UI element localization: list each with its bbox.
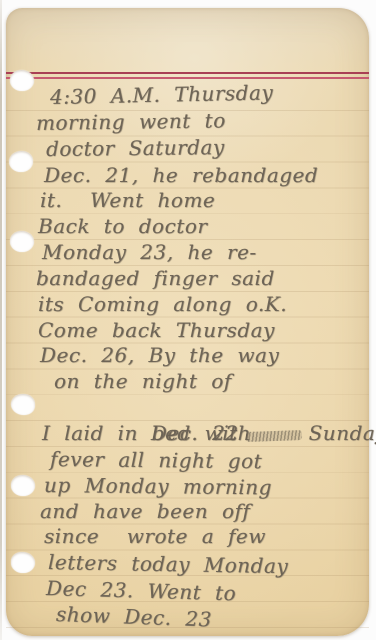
line-text: Monday 23, he re- xyxy=(42,240,257,264)
handwritten-line: fever all night got xyxy=(50,447,365,476)
handwritten-line: Dec. 22Sunday xyxy=(40,395,365,421)
handwritten-line: bandaged finger said xyxy=(36,266,365,292)
punch-hole xyxy=(9,151,33,172)
line-text: morning went to xyxy=(36,108,226,135)
punch-hole xyxy=(10,70,34,91)
handwritten-note: 4:30 A.M. Thursday morning went to docto… xyxy=(36,85,365,628)
handwritten-line: it. Went home xyxy=(40,188,365,214)
line-text: letters today Monday xyxy=(48,550,289,578)
handwritten-line: Dec. 26, By the way xyxy=(40,343,365,369)
handwritten-line: doctor Saturday xyxy=(46,133,365,162)
line-text: Come back Thursday xyxy=(38,318,275,342)
photo-background: 4:30 A.M. Thursday morning went to docto… xyxy=(0,0,376,640)
scan-edge xyxy=(0,0,2,640)
line-text: bandaged finger said xyxy=(36,266,275,290)
handwritten-line: 4:30 A.M. Thursday xyxy=(50,78,365,110)
line-text: Sunday xyxy=(309,421,376,445)
punch-hole xyxy=(11,475,35,496)
line-text: its Coming along o.K. xyxy=(38,292,287,316)
line-text: show Dec. 23 xyxy=(56,602,213,631)
line-text: Back to doctor xyxy=(38,214,207,238)
handwritten-line: Come back Thursday xyxy=(38,318,365,344)
handwritten-line: its Coming along o.K. xyxy=(38,292,365,318)
line-text: I laid in bed with xyxy=(42,421,251,445)
line-text: since wrote a few xyxy=(44,524,266,548)
handwritten-line: Dec. 21, he rebandaged xyxy=(44,163,365,189)
line-text: Dec. 26, By the way xyxy=(40,343,279,367)
line-text: it. Went home xyxy=(40,188,215,212)
line-text: up Monday morning xyxy=(44,473,272,499)
punch-hole xyxy=(11,552,35,573)
handwritten-line: on the night of xyxy=(54,369,365,395)
notebook-page: 4:30 A.M. Thursday morning went to docto… xyxy=(6,8,369,636)
handwritten-line: and have been off xyxy=(40,499,365,525)
line-text: fever all night got xyxy=(50,447,262,473)
punch-hole xyxy=(11,394,35,415)
handwritten-line: up Monday morning xyxy=(44,473,365,502)
handwritten-line: morning went to xyxy=(36,106,365,136)
line-text: Dec. 21, he rebandaged xyxy=(44,163,318,187)
scribbled-out-word xyxy=(245,430,301,442)
punch-hole xyxy=(10,231,34,252)
header-rule xyxy=(6,72,369,79)
handwritten-line: Monday 23, he re- xyxy=(42,240,365,266)
line-text: Dec 23. Went to xyxy=(46,576,237,605)
line-text: and have been off xyxy=(40,499,250,523)
line-text: doctor Saturday xyxy=(46,135,225,161)
handwritten-line: Back to doctor xyxy=(38,214,365,240)
line-text: 4:30 A.M. Thursday xyxy=(50,80,274,109)
handwritten-line: since wrote a few xyxy=(44,524,365,550)
line-text: on the night of xyxy=(54,369,232,393)
